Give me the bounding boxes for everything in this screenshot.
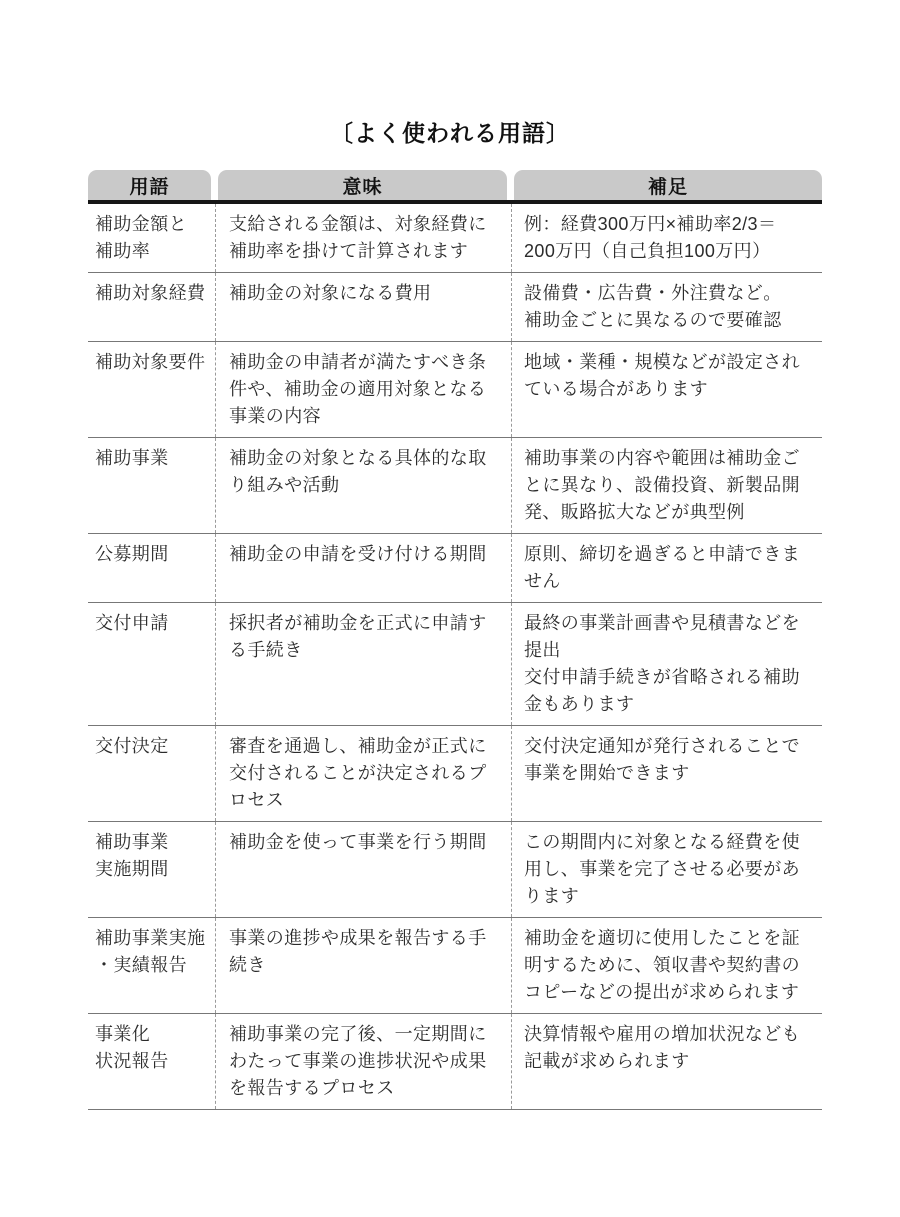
table-row: 補助事業 実施期間 補助金を使って事業を行う期間 この期間内に対象となる経費を使… [88,822,822,918]
note-cell: 補助事業の内容や範囲は補助金ごとに異なり、設備投資、新製品開発、販路拡大などが典… [511,438,822,533]
meaning-cell: 採択者が補助金を正式に申請する手続き [215,603,511,725]
table-row: 公募期間 補助金の申請を受け付ける期間 原則、締切を過ぎると申請できません [88,534,822,603]
note-cell: 最終の事業計画書や見積書などを提出 交付申請手続きが省略される補助金もあります [511,603,822,725]
table-row: 事業化 状況報告 補助事業の完了後、一定期間にわたって事業の進捗状況や成果を報告… [88,1014,822,1110]
meaning-cell: 補助金の申請を受け付ける期間 [215,534,511,602]
note-cell: 設備費・広告費・外注費など。 補助金ごとに異なるので要確認 [511,273,822,341]
meaning-cell: 補助金の対象になる費用 [215,273,511,341]
table-row: 補助事業実施 ・実績報告 事業の進捗や成果を報告する手続き 補助金を適切に使用し… [88,918,822,1014]
table-row: 補助対象経費 補助金の対象になる費用 設備費・広告費・外注費など。 補助金ごとに… [88,273,822,342]
table-row: 交付申請 採択者が補助金を正式に申請する手続き 最終の事業計画書や見積書などを提… [88,603,822,726]
meaning-cell: 支給される金額は、対象経費に補助率を掛けて計算されます [215,204,511,272]
document-page: 〔よく使われる用語〕 用語 意味 補足 補助金額と 補助率 支給される金額は、対… [0,0,900,1217]
term-cell: 交付申請 [88,603,215,725]
term-cell: 補助事業 [88,438,215,533]
table-row: 補助対象要件 補助金の申請者が満たすべき条件や、補助金の適用対象となる事業の内容… [88,342,822,438]
terms-table: 用語 意味 補足 補助金額と 補助率 支給される金額は、対象経費に補助率を掛けて… [88,170,822,1110]
note-cell: 例：経費300万円×補助率2/3＝ 200万円（自己負担100万円） [511,204,822,272]
term-cell: 事業化 状況報告 [88,1014,215,1109]
note-cell: この期間内に対象となる経費を使用し、事業を完了させる必要があります [511,822,822,917]
meaning-cell: 補助事業の完了後、一定期間にわたって事業の進捗状況や成果を報告するプロセス [215,1014,511,1109]
meaning-cell: 審査を通過し、補助金が正式に交付されることが決定されるプロセス [215,726,511,821]
table-row: 補助事業 補助金の対象となる具体的な取り組みや活動 補助事業の内容や範囲は補助金… [88,438,822,534]
note-cell: 原則、締切を過ぎると申請できません [511,534,822,602]
term-cell: 補助事業 実施期間 [88,822,215,917]
meaning-cell: 補助金を使って事業を行う期間 [215,822,511,917]
note-cell: 補助金を適切に使用したことを証明するために、領収書や契約書のコピーなどの提出が求… [511,918,822,1013]
note-cell: 地域・業種・規模などが設定されている場合があります [511,342,822,437]
header-cell-meaning: 意味 [218,170,507,200]
header-cell-term: 用語 [88,170,211,200]
term-cell: 交付決定 [88,726,215,821]
meaning-cell: 補助金の対象となる具体的な取り組みや活動 [215,438,511,533]
term-cell: 補助事業実施 ・実績報告 [88,918,215,1013]
page-title: 〔よく使われる用語〕 [0,120,900,146]
table-row: 補助金額と 補助率 支給される金額は、対象経費に補助率を掛けて計算されます 例：… [88,204,822,273]
note-cell: 交付決定通知が発行されることで事業を開始できます [511,726,822,821]
term-cell: 補助対象経費 [88,273,215,341]
table-header: 用語 意味 補足 [88,170,822,200]
header-cell-note: 補足 [514,170,822,200]
note-cell: 決算情報や雇用の増加状況なども記載が求められます [511,1014,822,1109]
meaning-cell: 事業の進捗や成果を報告する手続き [215,918,511,1013]
term-cell: 補助金額と 補助率 [88,204,215,272]
term-cell: 補助対象要件 [88,342,215,437]
meaning-cell: 補助金の申請者が満たすべき条件や、補助金の適用対象となる事業の内容 [215,342,511,437]
term-cell: 公募期間 [88,534,215,602]
table-row: 交付決定 審査を通過し、補助金が正式に交付されることが決定されるプロセス 交付決… [88,726,822,822]
